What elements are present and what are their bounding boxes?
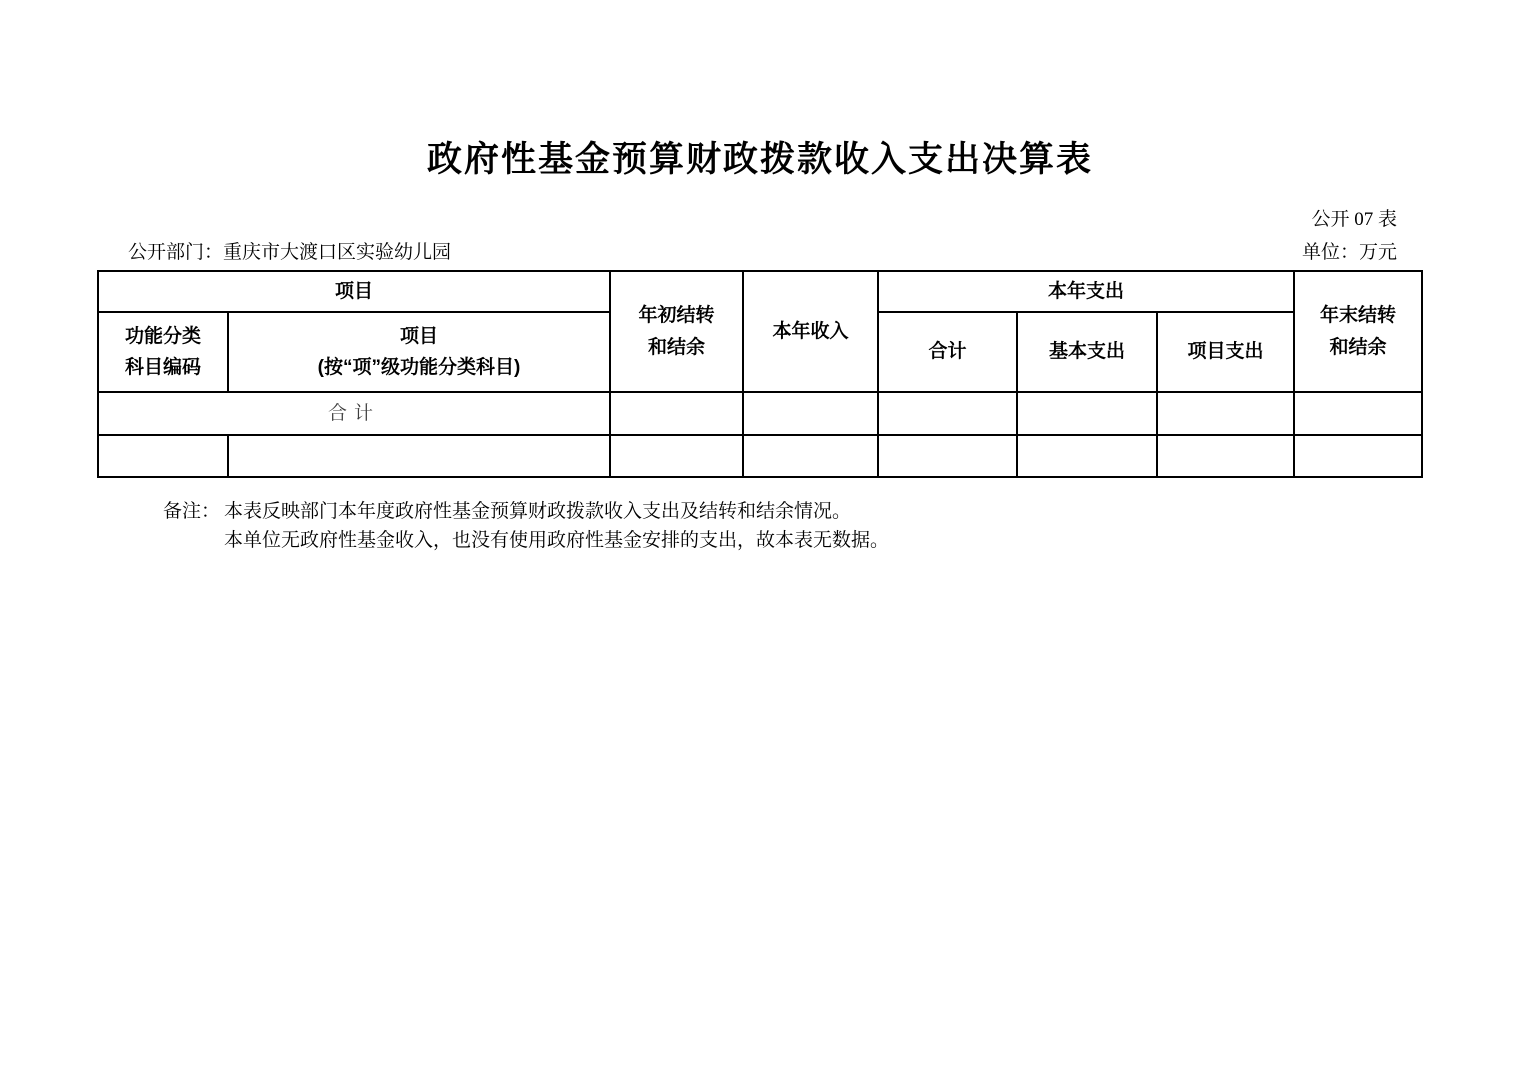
empty-cell-end-balance: [1294, 435, 1422, 477]
header-year-expense-group: 本年支出: [878, 271, 1294, 312]
empty-cell-begin-balance: [610, 435, 743, 477]
header-project-expense: 项目支出: [1157, 312, 1294, 392]
empty-cell-basic-expense: [1017, 392, 1157, 435]
empty-cell-project: [228, 435, 610, 477]
budget-table: 项目 年初结转 和结余 本年收入 本年支出 年末结转 和结余 功能分类 科目编码…: [97, 270, 1423, 478]
header-project-group: 项目: [98, 271, 610, 312]
table-row-empty: [98, 435, 1422, 477]
notes-lines: 本表反映部门本年度政府性基金预算财政拨款收入支出及结转和结余情况。 本单位无政府…: [224, 497, 889, 555]
table-row-total: 合计: [98, 392, 1422, 435]
header-project-by-item: 项目 (按“项”级功能分类科目): [228, 312, 610, 392]
empty-cell-basic-expense: [1017, 435, 1157, 477]
empty-cell-end-balance: [1294, 392, 1422, 435]
empty-cell-project-expense: [1157, 392, 1294, 435]
header-func-code: 功能分类 科目编码: [98, 312, 228, 392]
header-begin-balance: 年初结转 和结余: [610, 271, 743, 392]
department-label: 公开部门：重庆市大渡口区实验幼儿园: [128, 237, 451, 264]
header-row-1: 项目 年初结转 和结余 本年收入 本年支出 年末结转 和结余: [98, 271, 1422, 312]
notes-line-2: 本单位无政府性基金收入，也没有使用政府性基金安排的支出，故本表无数据。: [224, 526, 889, 555]
empty-cell-func-code: [98, 435, 228, 477]
empty-cell-year-income: [743, 435, 878, 477]
header-end-balance: 年末结转 和结余: [1294, 271, 1422, 392]
empty-cell-project-expense: [1157, 435, 1294, 477]
unit-label: 单位：万元: [1302, 237, 1397, 264]
empty-cell-expense-total: [878, 392, 1017, 435]
table-number-label: 公开 07 表: [1311, 204, 1397, 231]
empty-cell-expense-total: [878, 435, 1017, 477]
header-basic-expense: 基本支出: [1017, 312, 1157, 392]
page-title: 政府性基金预算财政拨款收入支出决算表: [0, 132, 1520, 182]
empty-cell-begin-balance: [610, 392, 743, 435]
notes-label: 备注：: [163, 497, 220, 526]
document-page: 政府性基金预算财政拨款收入支出决算表 公开 07 表 公开部门：重庆市大渡口区实…: [0, 0, 1520, 1074]
total-row-label: 合计: [98, 392, 610, 435]
notes-line-1: 本表反映部门本年度政府性基金预算财政拨款收入支出及结转和结余情况。: [224, 497, 889, 526]
empty-cell-year-income: [743, 392, 878, 435]
header-expense-total: 合计: [878, 312, 1017, 392]
notes-block: 备注： 本表反映部门本年度政府性基金预算财政拨款收入支出及结转和结余情况。 本单…: [163, 497, 889, 555]
header-year-income: 本年收入: [743, 271, 878, 392]
